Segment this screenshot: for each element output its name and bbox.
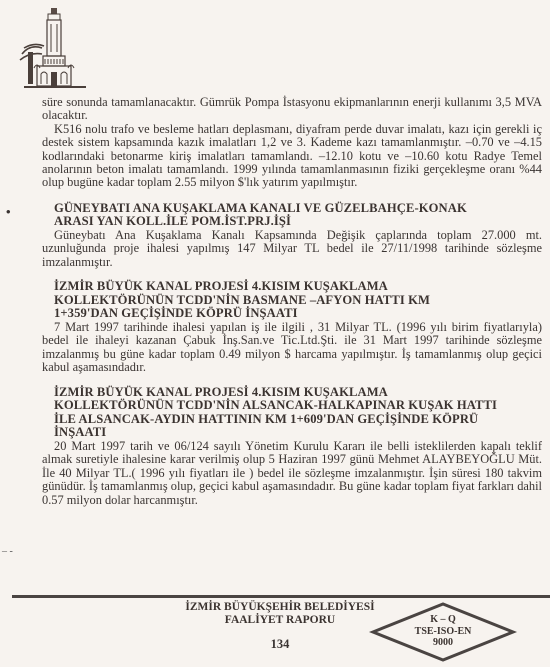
- section-body: Güneybatı Ana Kuşaklama Kanalı Kapsamınd…: [42, 229, 542, 269]
- section-heading: İZMİR BÜYÜK KANAL PROJESİ 4.KISIM KUŞAKL…: [42, 280, 542, 321]
- section-alsancak-bridge: İZMİR BÜYÜK KANAL PROJESİ 4.KISIM KUŞAKL…: [42, 386, 542, 507]
- bullet-mark: •: [6, 204, 11, 220]
- stray-mark: – -: [2, 546, 13, 557]
- document-body: süre sonunda tamamlanacaktır. Gümrük Pom…: [42, 96, 542, 507]
- page-number: 134: [230, 637, 330, 652]
- footer-organization: İZMİR BÜYÜKŞEHİR BELEDİYESİ FAALİYET RAP…: [170, 601, 390, 626]
- section-heading: GÜNEYBATI ANA KUŞAKLAMA KANALI VE GÜZELB…: [42, 202, 542, 229]
- section-body: 7 Mart 1997 tarihinde ihalesi yapılan iş…: [42, 321, 542, 375]
- paragraph-continued: süre sonunda tamamlanacaktır. Gümrük Pom…: [42, 96, 542, 123]
- paragraph-k516: K516 nolu trafo ve besleme hatları depla…: [42, 123, 542, 190]
- section-basmane-afyon-bridge: İZMİR BÜYÜK KANAL PROJESİ 4.KISIM KUŞAKL…: [42, 280, 542, 374]
- footer-divider: [12, 595, 550, 598]
- iso-badge-text: K – Q TSE-ISO-EN 9000: [367, 614, 519, 649]
- clock-tower-logo-icon: [14, 4, 94, 92]
- section-heading: İZMİR BÜYÜK KANAL PROJESİ 4.KISIM KUŞAKL…: [42, 386, 542, 440]
- section-guneybati: • GÜNEYBATI ANA KUŞAKLAMA KANALI VE GÜZE…: [42, 202, 542, 269]
- section-body: 20 Mart 1997 tarih ve 06/124 sayılı Yöne…: [42, 440, 542, 507]
